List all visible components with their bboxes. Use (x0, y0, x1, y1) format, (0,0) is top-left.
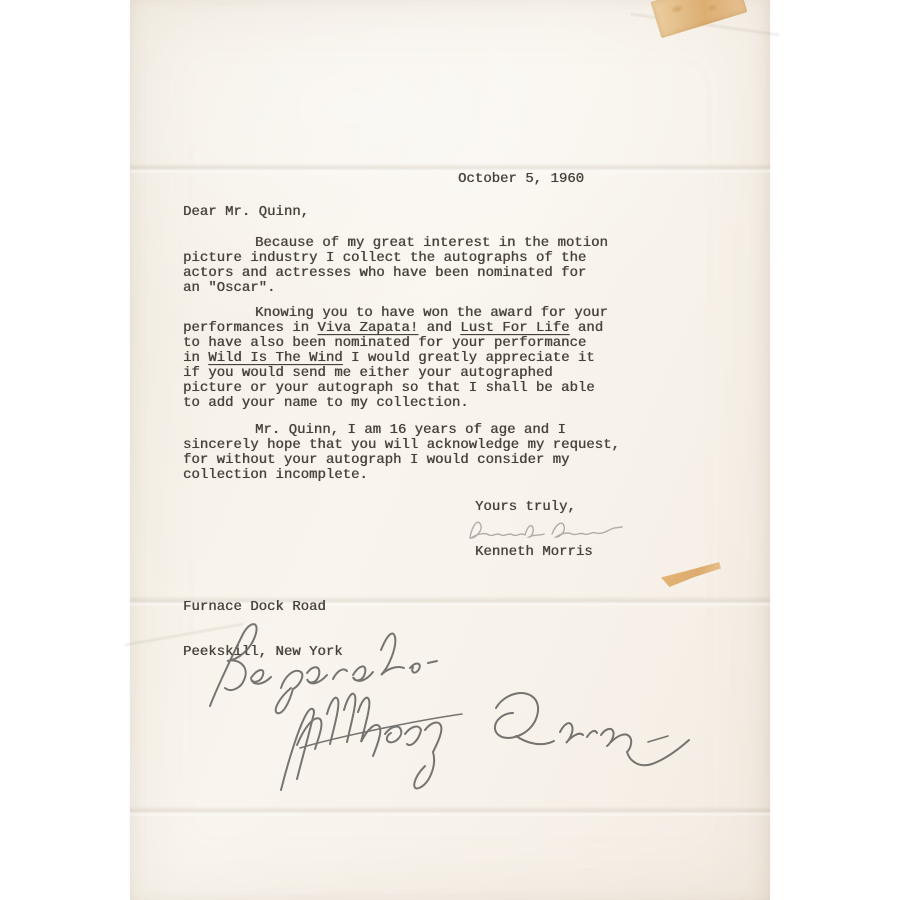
letter-line: picture industry I collect the autograph… (183, 251, 608, 266)
letter-line: if you would send me either your autogra… (183, 366, 608, 381)
tape-residue-top-right (650, 0, 747, 38)
letter-line: sincerely hope that you will acknowledge… (183, 438, 620, 453)
letter-line: Mr. Quinn, I am 16 years of age and I (183, 423, 620, 438)
letter-line: Knowing you to have won the award for yo… (183, 306, 608, 321)
letter-paper: October 5, 1960 Dear Mr. Quinn, Because … (130, 0, 770, 900)
letter-line: collection incomplete. (183, 468, 620, 483)
paragraph-2: Knowing you to have won the award for yo… (183, 306, 608, 411)
scanned-letter-photo: October 5, 1960 Dear Mr. Quinn, Because … (0, 0, 900, 900)
letter-date: October 5, 1960 (458, 172, 584, 187)
paragraph-3: Mr. Quinn, I am 16 years of age and Isin… (183, 423, 620, 483)
letter-line: in Wild Is The Wind I would greatly appr… (183, 351, 608, 366)
tape-residue-right (661, 562, 721, 587)
letter-line: for without your autograph I would consi… (183, 453, 620, 468)
letter-line: to add your name to my collection. (183, 396, 608, 411)
letter-line: performances in Viva Zapata! and Lust Fo… (183, 321, 608, 336)
fold-crease-top (130, 163, 770, 174)
salutation: Dear Mr. Quinn, (183, 205, 309, 220)
paragraph-1: Because of my great interest in the moti… (183, 236, 608, 296)
typed-sender-name: Kenneth Morris (475, 545, 593, 560)
anthony-quinn-handwritten-inscription (190, 608, 750, 818)
letter-line: an "Oscar". (183, 281, 608, 296)
letter-line: actors and actresses who have been nomin… (183, 266, 608, 281)
letter-line: picture or your autograph so that I shal… (183, 381, 608, 396)
letter-line: to have also been nominated for your per… (183, 336, 608, 351)
letter-line: Because of my great interest in the moti… (183, 236, 608, 251)
